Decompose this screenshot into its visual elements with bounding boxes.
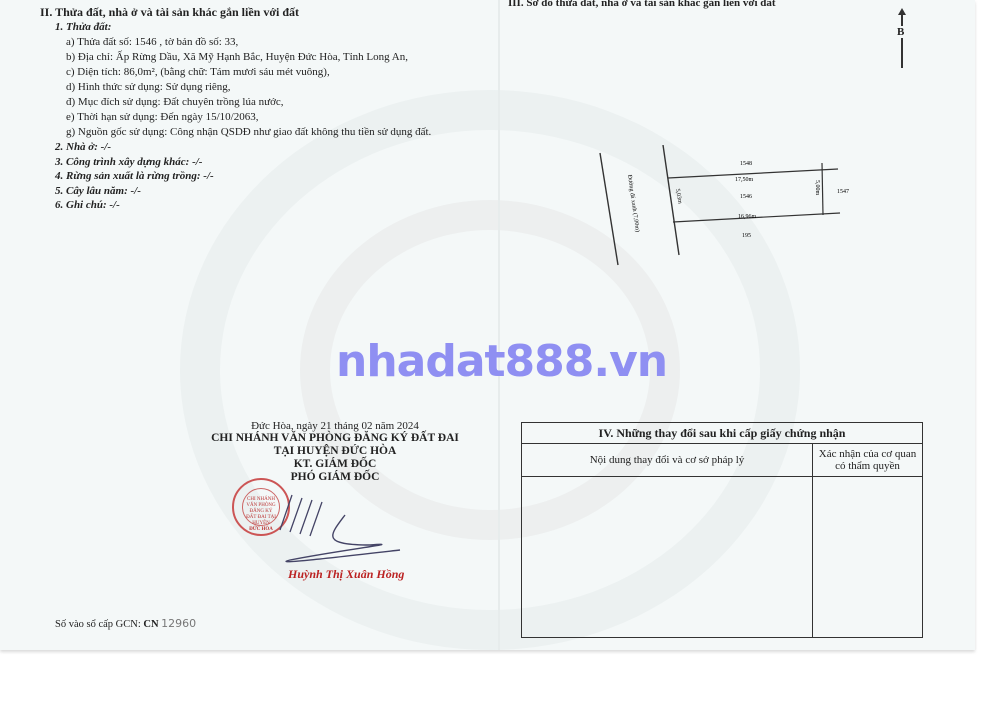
- bottom-length: 16,96m: [738, 214, 757, 220]
- col2-line2: có thẩm quyền: [814, 460, 921, 472]
- east-width: 5,00m: [814, 180, 820, 196]
- item-notes: 6. Ghi chú: -/-: [55, 199, 120, 211]
- role-line-1: KT. GIÁM ĐỐC: [200, 458, 470, 471]
- neighbor-south: 195: [742, 233, 751, 239]
- watermark: nhadat888.vn: [336, 336, 667, 387]
- section-4-title: IV. Những thay đổi sau khi cấp giấy chứn…: [522, 423, 923, 444]
- item-planted-forest: 4. Rừng sản xuất là rừng trồng: -/-: [55, 170, 214, 182]
- item-other-construction: 3. Công trình xây dựng khác: -/-: [55, 156, 202, 168]
- org-line-2: TẠI HUYỆN ĐỨC HÒA: [200, 445, 470, 458]
- page-fold: [498, 0, 500, 650]
- north-arrow-line: [901, 12, 903, 68]
- item-perennial-trees: 5. Cây lâu năm: -/-: [55, 185, 141, 197]
- certificate-page: II. Thửa đất, nhà ở và tài sản khác gắn …: [0, 0, 975, 650]
- west-width: 5,03m: [674, 188, 683, 204]
- role-line-2: PHÓ GIÁM ĐỐC: [200, 471, 470, 484]
- registry-label: Số vào sổ cấp GCN:: [55, 619, 141, 630]
- parcel-id: 1546: [740, 194, 752, 200]
- date-line: Đức Hòa, ngày 21 tháng 02 năm 2024: [200, 420, 470, 432]
- land-heading: 1. Thửa đất:: [55, 21, 111, 33]
- authority-cell: [813, 477, 923, 638]
- north-arrow-icon: [898, 8, 906, 15]
- section-2-title: II. Thửa đất, nhà ở và tài sản khác gắn …: [40, 5, 299, 20]
- org-line-1: CHI NHÁNH VĂN PHÒNG ĐĂNG KÝ ĐẤT ĐAI: [200, 432, 470, 445]
- neighbor-east: 1547: [837, 189, 849, 195]
- north-label: B: [897, 26, 904, 38]
- changes-table: IV. Những thay đổi sau khi cấp giấy chứn…: [521, 422, 923, 638]
- land-line-a: a) Thửa đất số: 1546 , tờ bản đồ số: 33,: [66, 36, 238, 48]
- road-label: Đường đá xanh (7,00m): [626, 174, 641, 232]
- signer-name: Huỳnh Thị Xuân Hồng: [288, 567, 404, 582]
- land-line-d: d) Hình thức sử dụng: Sử dụng riêng,: [66, 81, 231, 93]
- column-change-content: Nội dung thay đổi và cơ sở pháp lý: [522, 444, 813, 477]
- item-house: 2. Nhà ở: -/-: [55, 141, 111, 153]
- top-length: 17,50m: [735, 177, 754, 183]
- land-line-c: c) Diện tích: 86,0m², (bằng chữ: Tám mươ…: [66, 66, 330, 78]
- registry-handwritten-number: 12960: [161, 617, 196, 630]
- registry-prefix: CN: [143, 619, 158, 630]
- land-line-dd: đ) Mục đích sử dụng: Đất chuyên trồng lú…: [66, 96, 284, 108]
- land-line-g: g) Nguồn gốc sử dụng: Công nhận QSDĐ như…: [66, 126, 431, 138]
- col2-line1: Xác nhận của cơ quan: [814, 448, 921, 460]
- signature-block: Đức Hòa, ngày 21 tháng 02 năm 2024 CHI N…: [200, 420, 470, 484]
- neighbor-north: 1548: [740, 161, 752, 167]
- land-line-b: b) Địa chỉ: Ấp Rừng Dầu, Xã Mỹ Hạnh Bắc,…: [66, 51, 408, 63]
- column-authority-confirmation: Xác nhận của cơ quan có thẩm quyền: [813, 444, 923, 477]
- change-content-cell: [522, 477, 813, 638]
- section-3-title: III. Sơ đồ thửa đất, nhà ở và tài sản kh…: [508, 0, 776, 9]
- registry-number: Số vào sổ cấp GCN: CN 12960: [55, 617, 196, 630]
- land-line-e: e) Thời hạn sử dụng: Đến ngày 15/10/2063…: [66, 111, 258, 123]
- plot-diagram: 1548 17,50m 1546 16,96m 195 1547 5,00m 5…: [590, 145, 860, 275]
